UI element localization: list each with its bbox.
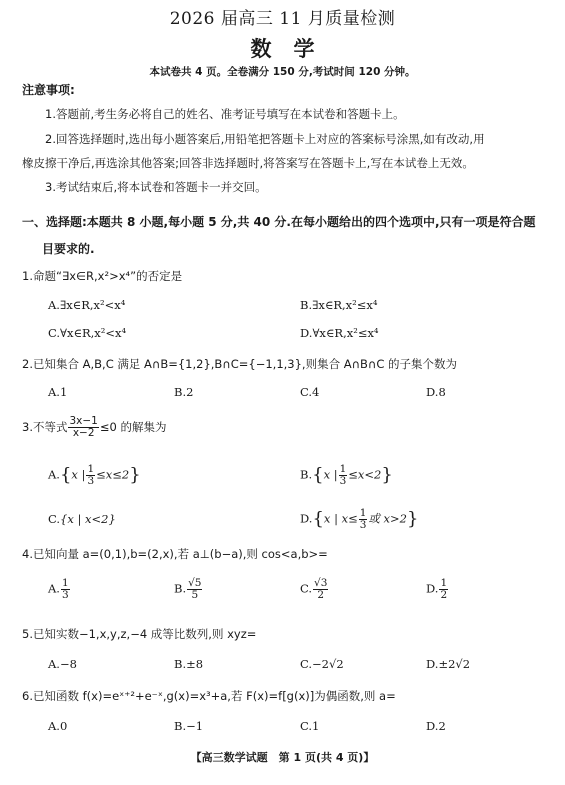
notice-heading: 注意事项: xyxy=(22,81,75,98)
notice-item-3: 3.考试结束后,将本试卷和答题卡一并交回。 xyxy=(45,179,267,195)
question-3-option-b: B.{x |13≤x<2} xyxy=(300,464,393,487)
question-1-option-c: C.∀x∈R,x²<x⁴ xyxy=(48,326,126,340)
section-heading-cont: 目要求的. xyxy=(42,240,95,257)
notice-item-2-cont: 橡皮擦干净后,再选涂其他答案;回答非选择题时,将答案写在答题卡上,写在本试卷上无… xyxy=(22,155,474,171)
subject-title: 数学 xyxy=(0,33,565,63)
question-2-option-a: A.1 xyxy=(48,385,67,399)
question-2-option-d: D.8 xyxy=(426,385,446,399)
question-5-option-b: B.±8 xyxy=(174,657,203,671)
question-4-stem: 4.已知向量 a=(0,1),b=(2,x),若 a⊥(b−a),则 cos<a… xyxy=(22,546,328,562)
question-1-option-b: B.∃x∈R,x²≤x⁴ xyxy=(300,298,378,312)
exam-meta: 本试卷共 4 页。全卷满分 150 分,考试时间 120 分钟。 xyxy=(0,64,565,79)
question-6-stem: 6.已知函数 f(x)=eˣ⁺²+e⁻ˣ,g(x)=x³+a,若 F(x)=f[… xyxy=(22,688,396,704)
section-heading: 一、选择题:本题共 8 小题,每小题 5 分,共 40 分.在每小题给出的四个选… xyxy=(22,213,536,230)
question-6-option-d: D.2 xyxy=(426,719,446,733)
question-3-option-a: A.{x |13≤x≤2} xyxy=(48,464,141,487)
question-5-option-d: D.±2√2 xyxy=(426,657,470,671)
question-3-option-c: C.{x | x<2} xyxy=(48,512,116,526)
question-3-stem: 3.不等式3x−1x−2≤0 的解集为 xyxy=(22,416,166,439)
question-2-option-c: C.4 xyxy=(300,385,319,399)
question-3-option-d: D.{x | x≤13或 x>2} xyxy=(300,508,418,531)
notice-item-2: 2.回答选择题时,选出每小题答案后,用铅笔把答题卡上对应的答案标号涂黑,如有改动… xyxy=(45,131,485,147)
question-5-stem: 5.已知实数−1,x,y,z,−4 成等比数列,则 xyz= xyxy=(22,626,256,642)
question-4-option-b: B.√55 xyxy=(174,578,203,601)
subject-char-2: 学 xyxy=(294,37,315,61)
question-4-option-c: C.√32 xyxy=(300,578,329,601)
page-footer: 【高三数学试题 第 1 页(共 4 页)】 xyxy=(0,749,565,765)
fraction: 3x−1x−2 xyxy=(68,416,98,439)
question-5-option-a: A.−8 xyxy=(48,657,77,671)
question-6-option-b: B.−1 xyxy=(174,719,203,733)
question-1-stem: 1.命题“∃x∈R,x²>x⁴”的否定是 xyxy=(22,268,182,284)
question-2-stem: 2.已知集合 A,B,C 满足 A∩B={1,2},B∩C={−1,1,3},则… xyxy=(22,356,457,372)
question-6-option-c: C.1 xyxy=(300,719,319,733)
question-4-option-a: A.13 xyxy=(48,578,71,601)
question-2-option-b: B.2 xyxy=(174,385,193,399)
question-1-option-a: A.∃x∈R,x²<x⁴ xyxy=(48,298,125,312)
exam-title: 2026 届高三 11 月质量检测 xyxy=(0,4,565,29)
subject-char-1: 数 xyxy=(251,37,272,61)
question-5-option-c: C.−2√2 xyxy=(300,657,344,671)
notice-item-1: 1.答题前,考生务必将自己的姓名、准考证号填写在本试卷和答题卡上。 xyxy=(45,106,405,122)
question-6-option-a: A.0 xyxy=(48,719,67,733)
question-1-option-d: D.∀x∈R,x²≤x⁴ xyxy=(300,326,379,340)
question-4-option-d: D.12 xyxy=(426,578,449,601)
